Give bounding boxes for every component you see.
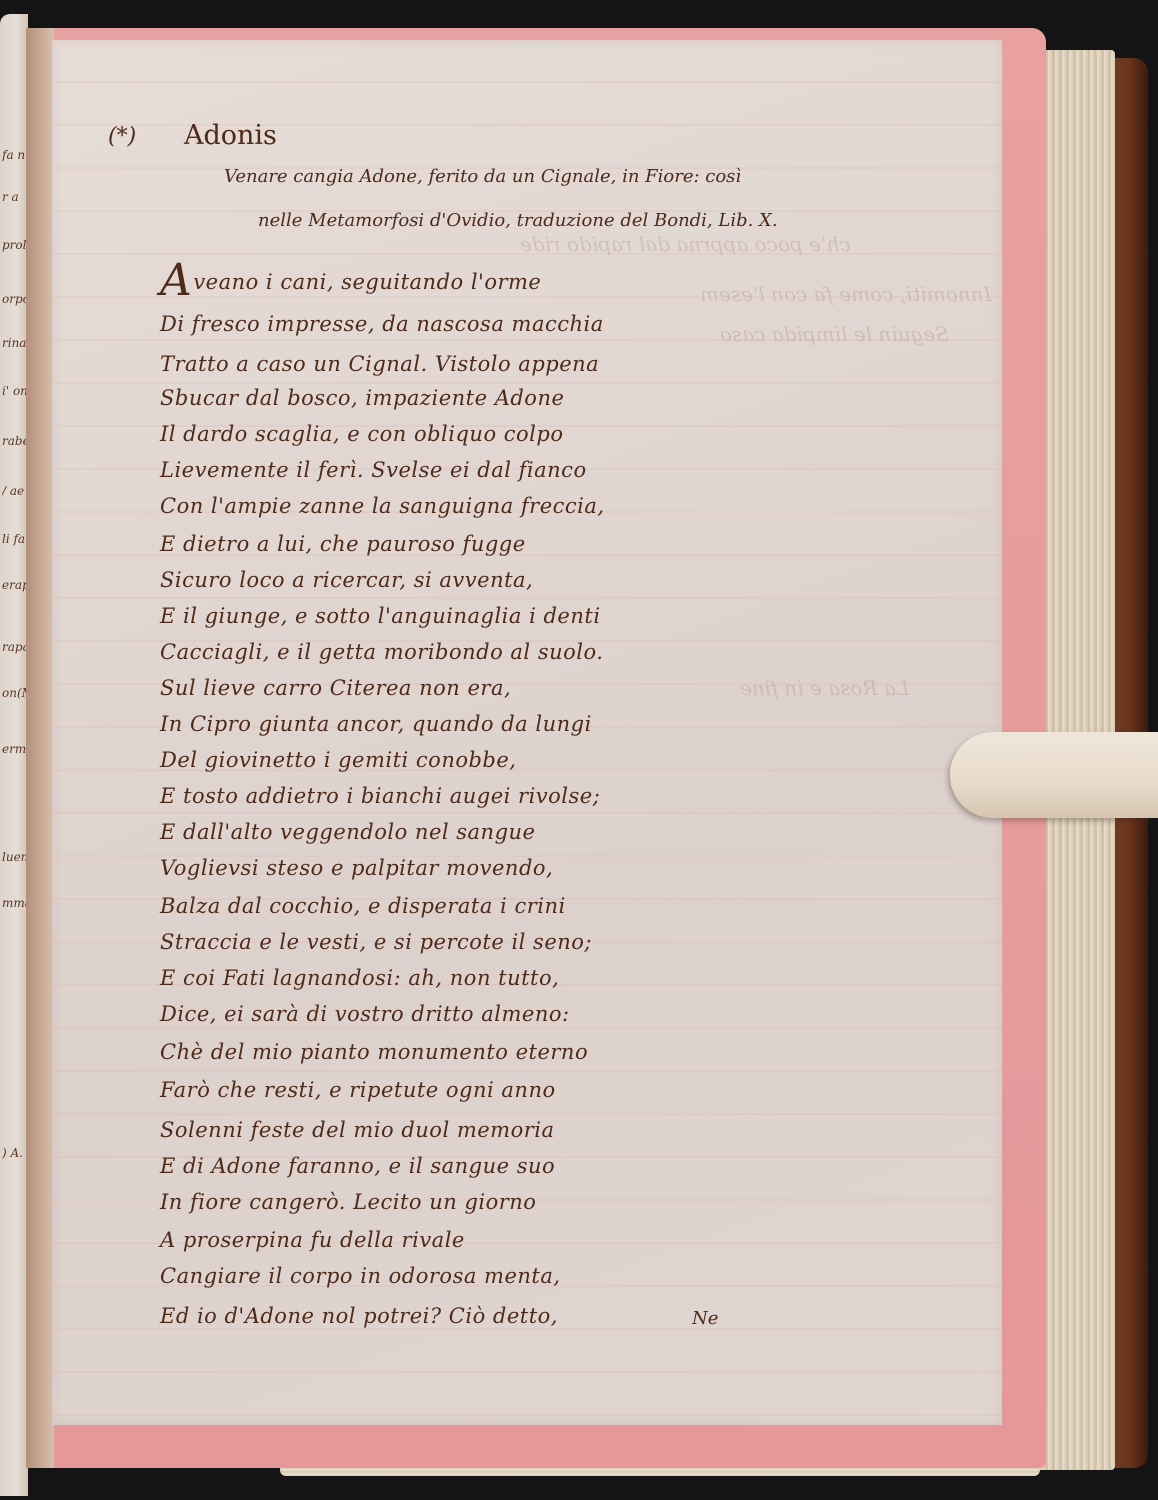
poem-line-text: Voglievsi steso e palpitar movendo, <box>160 856 553 880</box>
poem-line-text: A proserpina fu della rivale <box>160 1228 465 1252</box>
poem-line: Balza dal cocchio, e disperata i crini <box>160 894 566 918</box>
poem-line-text: E di Adone faranno, e il sangue suo <box>160 1154 555 1178</box>
poem-line: Cangiare il corpo in odorosa menta, <box>160 1264 561 1288</box>
left-page-fragment: mma. <box>2 896 26 910</box>
left-page-fragment: fa n <box>2 148 26 162</box>
poem-line-text: Sbucar dal bosco, impaziente Adone <box>160 386 564 410</box>
poem-line-text: Sicuro loco a ricercar, si avventa, <box>160 568 533 592</box>
show-through-text: Seguin le limpida caso <box>720 322 949 346</box>
poem-line: Voglievsi steso e palpitar movendo, <box>160 856 553 880</box>
show-through-text: La Rosa e in fine <box>740 676 909 700</box>
left-page-fragment: on(Ma <box>2 686 26 700</box>
catchword: Ne <box>692 1308 718 1329</box>
poem-line: Del giovinetto i gemiti conobbe, <box>160 748 516 772</box>
left-page-fragment: orpo <box>2 292 26 306</box>
poem-line: In Cipro giunta ancor, quando da lungi <box>160 712 592 736</box>
poem-line: A proserpina fu della rivale <box>160 1228 465 1252</box>
poem-line-text: Balza dal cocchio, e disperata i crini <box>160 894 566 918</box>
poem-line: Sul lieve carro Citerea non era, <box>160 676 511 700</box>
poem-line-text: veano i cani, seguitando l'orme <box>193 270 541 294</box>
poem-line: E coi Fati lagnandosi: ah, non tutto, <box>160 966 559 990</box>
page-title: Adonis <box>184 120 277 151</box>
poem-line: Dice, ei sarà di vostro dritto almeno: <box>160 1002 570 1026</box>
poem-line: Solenni feste del mio duol memoria <box>160 1118 555 1142</box>
poem-line: Il dardo scaglia, e con obliquo colpo <box>160 422 563 446</box>
poem-line: Sbucar dal bosco, impaziente Adone <box>160 386 564 410</box>
poem-line-text: E dietro a lui, che pauroso fugge <box>160 532 526 556</box>
left-page-fragment: / ae <box>2 484 26 498</box>
poem-line-text: In fiore cangerò. Lecito un giorno <box>160 1190 536 1214</box>
poem-line: Farò che resti, e ripetute ogni anno <box>160 1078 556 1102</box>
left-page-fragment: erap <box>2 578 26 592</box>
poem-line-text: Straccia e le vesti, e si percote il sen… <box>160 930 592 954</box>
footnote-marker: (*) <box>108 124 136 149</box>
poem-line-text: Sul lieve carro Citerea non era, <box>160 676 511 700</box>
poem-line-text: Il dardo scaglia, e con obliquo colpo <box>160 422 563 446</box>
poem-line: E tosto addietro i bianchi augei rivolse… <box>160 784 600 808</box>
poem-line: Sicuro loco a ricercar, si avventa, <box>160 568 533 592</box>
subtitle-note-line-1: Venare cangia Adone, ferito da un Cignal… <box>224 166 741 187</box>
poem-line: Con l'ampie zanne la sanguigna freccia, <box>160 494 605 518</box>
poem-line-text: Farò che resti, e ripetute ogni anno <box>160 1078 556 1102</box>
poem-line: Aveano i cani, seguitando l'orme <box>160 270 541 294</box>
poem-line-text: Del giovinetto i gemiti conobbe, <box>160 748 516 772</box>
binding-gutter <box>26 28 54 1468</box>
poem-line-text: E coi Fati lagnandosi: ah, non tutto, <box>160 966 559 990</box>
subtitle-note-line-2: nelle Metamorfosi d'Ovidio, traduzione d… <box>258 210 778 231</box>
poem-line: Cacciagli, e il getta moribondo al suolo… <box>160 640 603 664</box>
poem-line-text: E tosto addietro i bianchi augei rivolse… <box>160 784 600 808</box>
show-through-text: Innomiti, come fa con l'esem <box>700 282 992 306</box>
left-page-fragment: rina <box>2 336 26 350</box>
poem-line-text: Con l'ampie zanne la sanguigna freccia, <box>160 494 605 518</box>
bone-folder-page-marker <box>950 732 1158 818</box>
poem-line-text: Ed io d'Adone nol potrei? Ciò detto, <box>160 1304 558 1328</box>
poem-line: E il giunge, e sotto l'anguinaglia i den… <box>160 604 601 628</box>
left-page-fragment: prol <box>2 238 26 252</box>
poem-line-text: Di fresco impresse, da nascosa macchia <box>160 312 604 336</box>
left-page-fragment: ) A. <box>2 1146 26 1160</box>
poem-line: Lievemente il ferì. Svelse ei dal fianco <box>160 458 587 482</box>
poem-line-text: E il giunge, e sotto l'anguinaglia i den… <box>160 604 601 628</box>
poem-line: E dietro a lui, che pauroso fugge <box>160 532 526 556</box>
poem-line-text: E dall'alto veggendolo nel sangue <box>160 820 535 844</box>
poem-line: Chè del mio pianto monumento eterno <box>160 1040 588 1064</box>
poem-line: E dall'alto veggendolo nel sangue <box>160 820 535 844</box>
left-page-fragment: li fa <box>2 532 26 546</box>
poem-line: Straccia e le vesti, e si percote il sen… <box>160 930 592 954</box>
drop-cap: A <box>160 255 192 306</box>
poem-line: Tratto a caso un Cignal. Vistolo appena <box>160 352 599 376</box>
poem-line: In fiore cangerò. Lecito un giorno <box>160 1190 536 1214</box>
poem-line-text: Cacciagli, e il getta moribondo al suolo… <box>160 640 603 664</box>
poem-line: Di fresco impresse, da nascosa macchia <box>160 312 604 336</box>
left-page-text-fragments: fa nr aprolorporinai' onrabe./ aeli faer… <box>0 14 28 1496</box>
left-page-fragment: erm <box>2 742 26 756</box>
poem-line: Ed io d'Adone nol potrei? Ciò detto, <box>160 1304 558 1328</box>
poem-line-text: Dice, ei sarà di vostro dritto almeno: <box>160 1002 570 1026</box>
poem-line-text: Cangiare il corpo in odorosa menta, <box>160 1264 561 1288</box>
poem-line-text: Lievemente il ferì. Svelse ei dal fianco <box>160 458 587 482</box>
left-page-fragment: r a <box>2 190 26 204</box>
left-page-fragment: rabe. <box>2 434 26 448</box>
left-page-fragment: luen <box>2 850 26 864</box>
poem-line-text: In Cipro giunta ancor, quando da lungi <box>160 712 592 736</box>
show-through-text: ch'e poco apprna dal rapido ride <box>520 232 850 256</box>
left-page-fragment: rapa <box>2 640 26 654</box>
poem-line: E di Adone faranno, e il sangue suo <box>160 1154 555 1178</box>
left-page-fragment: i' on <box>2 384 26 398</box>
poem-line-text: Tratto a caso un Cignal. Vistolo appena <box>160 352 599 376</box>
left-page-edge: fa nr aprolorporinai' onrabe./ aeli faer… <box>0 14 28 1496</box>
poem-line-text: Chè del mio pianto monumento eterno <box>160 1040 588 1064</box>
poem-line-text: Solenni feste del mio duol memoria <box>160 1118 555 1142</box>
